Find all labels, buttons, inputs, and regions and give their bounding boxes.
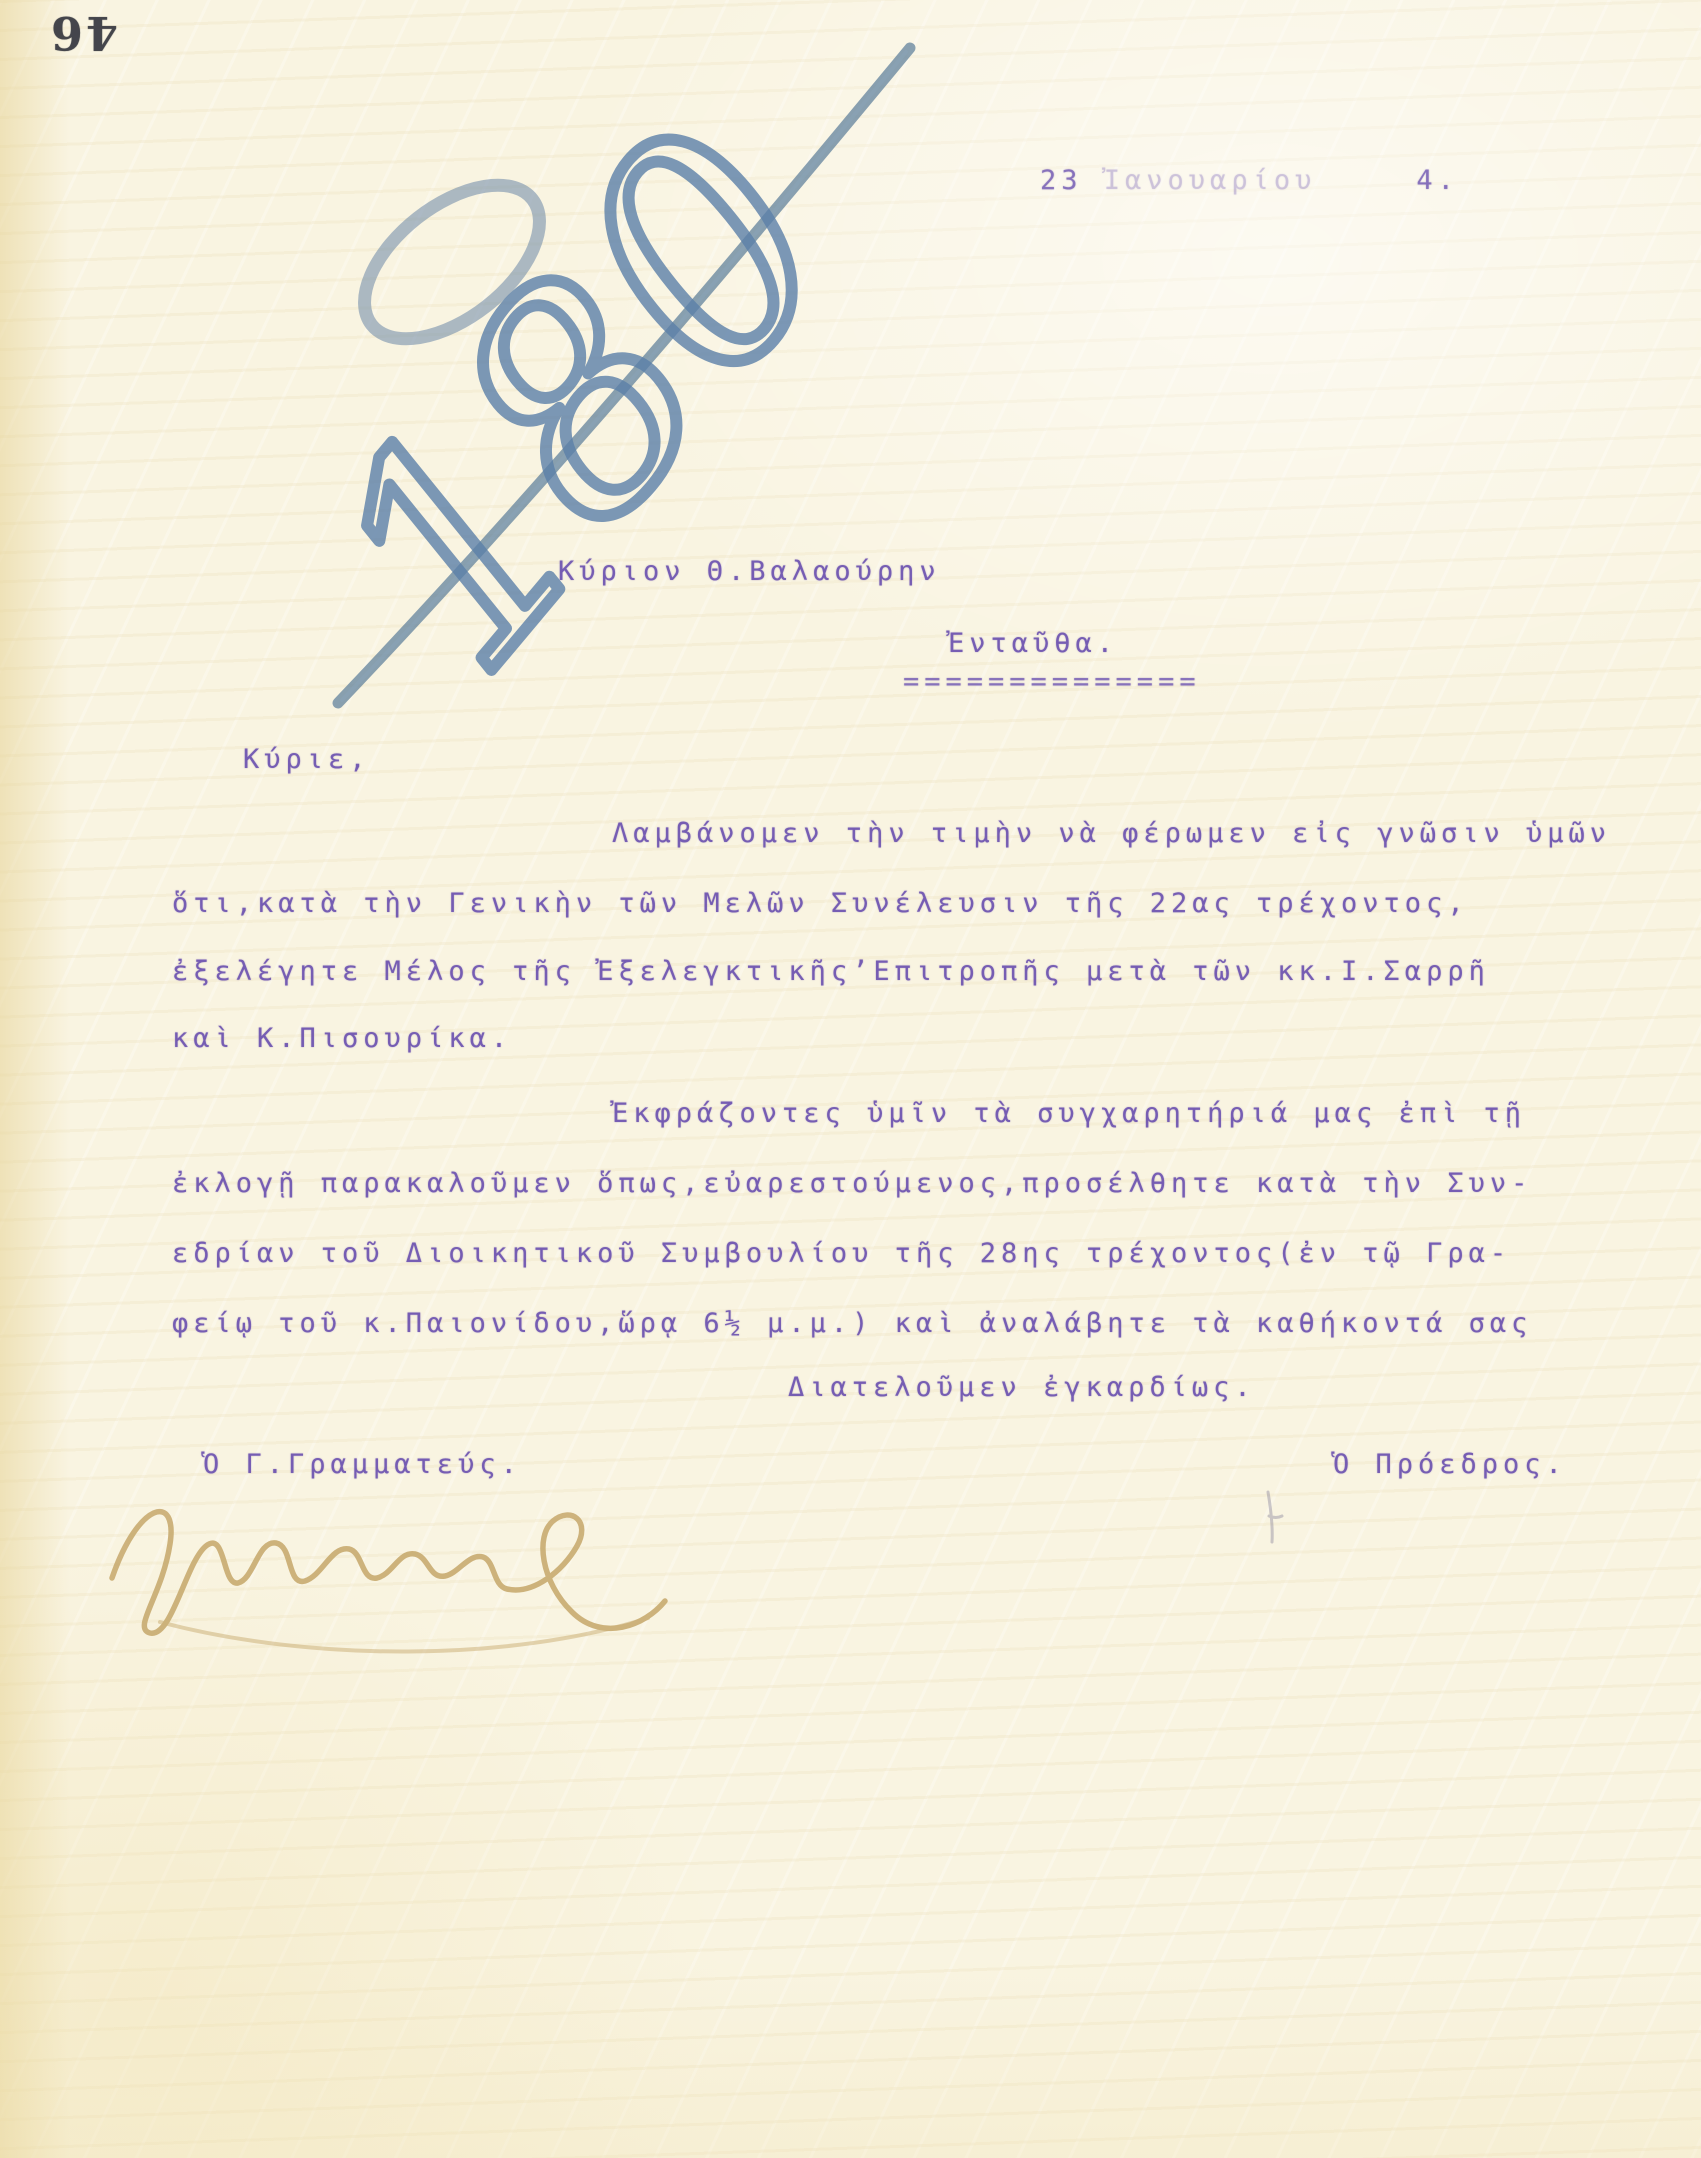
body-line: εδρίαν τοῦ Διοικητικοῦ Συμβουλίου τῆς 28… <box>172 1238 1511 1269</box>
body-line: ὅτι,κατὰ τὴν Γενικὴν τῶν Μελῶν Συνέλευσι… <box>172 888 1469 919</box>
body-line: Ἐκφράζοντες ὑμῖν τὰ συγχαρητήριά μας ἐπὶ… <box>612 1098 1526 1129</box>
blue-number-180: 180 <box>265 69 900 732</box>
salutation: Κύριε, <box>243 744 371 775</box>
body-line: ἐκλογῇ παρακαλοῦμεν ὅπως,εὐαρεστούμενος,… <box>172 1168 1532 1199</box>
recipient-location: Ἐνταῦθα. <box>948 628 1118 659</box>
blue-slash-mark <box>338 48 910 703</box>
page-number: 46 <box>48 6 118 60</box>
blue-zero-mark <box>337 155 567 369</box>
body-line: Λαμβάνομεν τὴν τιμὴν νὰ φέρωμεν εἰς γνῶσ… <box>612 818 1611 849</box>
closing-line: Διατελοῦμεν ἐγκαρδίως. <box>788 1372 1256 1403</box>
location-underline: ============== <box>903 666 1201 697</box>
blue-slash-highlight <box>342 52 906 700</box>
president-faint-mark <box>1268 1492 1282 1542</box>
secretary-title: Ὁ Γ.Γραμματεύς. <box>203 1449 522 1480</box>
secretary-signature <box>112 1512 665 1652</box>
annotations-overlay: 180 <box>0 0 1701 2158</box>
body-line: ἐξελέγητε Μέλος τῆς Ἐξελεγκτικῆς’Επιτροπ… <box>172 956 1490 987</box>
date-line: 23 Ἰανουαρίου4. <box>1040 165 1459 196</box>
president-title: Ὁ Πρόεδρος. <box>1333 1449 1567 1480</box>
letter-page: 46 23 Ἰανουαρίου4. Κύριον Θ.Βαλαούρην Ἐν… <box>0 0 1701 2158</box>
body-line: φείῳ τοῦ κ.Παιονίδου,ὥρᾳ 6½ μ.μ.) καὶ ἀν… <box>172 1308 1532 1339</box>
date-day: 23 <box>1040 165 1083 196</box>
date-month: Ἰανουαρίου <box>1104 165 1317 196</box>
body-line: καὶ Κ.Πισουρίκα. <box>172 1023 512 1054</box>
date-year: 4. <box>1416 165 1459 196</box>
recipient-name: Κύριον Θ.Βαλαούρην <box>558 556 941 587</box>
